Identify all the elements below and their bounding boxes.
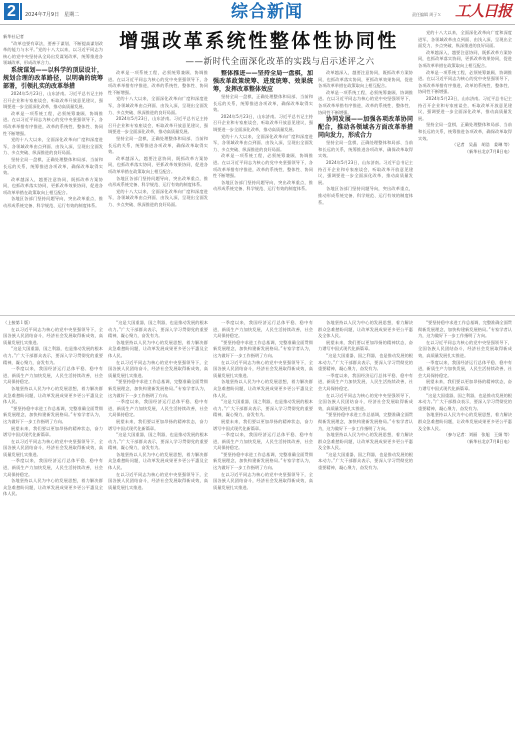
body-paragraph: 改革越深入，越要注意协同，既抓改革方案协同，也抓改革落实协同，更抓改革效果协同，… bbox=[108, 156, 208, 176]
body-paragraph: “这是大国重器，国之利器，也是推动发展的根本动力。”广大干部群众表示，要深入学习… bbox=[318, 353, 413, 373]
lower-column-2: “这是大国重器，国之利器，也是推动发展的根本动力。”广大干部群众表示，要深入学习… bbox=[108, 320, 208, 745]
body-paragraph: 展望未来，我们要以更加昂扬的精神状态，奋力谱写中国式现代化新篇章。 bbox=[318, 340, 413, 353]
body-paragraph: 改革是一项系统工程，必须统筹兼顾、协调推进。在以习近平同志为核心的党中央坚强领导… bbox=[3, 111, 103, 137]
article-column-3: 整体推进——坚持全局一盘棋，加强改革政策统筹、进度统筹、效果统筹，发挥改革整体效… bbox=[213, 70, 313, 312]
body-paragraph: “这是大国重器，国之利器，也是推动发展的根本动力。”广大干部群众表示，要深入学习… bbox=[3, 346, 103, 366]
body-paragraph: 党的十八大以来，全面深化改革向广度和深度进军，各领域改革由点到面、由浅入深，呈现… bbox=[108, 189, 208, 209]
body-paragraph: 各地坚持以人民为中心的发展思想，着力解决群众急难愁盼问题，让改革发展成果更多更公… bbox=[108, 340, 208, 360]
body-paragraph: 一季度以来，我国经济运行总体平稳、稳中有进，新质生产力加快发展，人民生活持续改善… bbox=[213, 320, 313, 340]
body-paragraph: 各地区各部门坚持问题导向，突出改革重点，推动形成系统完备、科学规范、运行有效的制… bbox=[3, 196, 103, 209]
continued-label: （上接第１版） bbox=[3, 320, 103, 327]
editor-credit: 责任编辑 周子Ｘ bbox=[412, 12, 441, 18]
subhead-1: 系统谋划——以科学的顶层设计，规划合理的改革路径，以明确的统筹部署，引领扎实的改… bbox=[3, 67, 103, 91]
article-lead: “改革也要有章法，要善于谋划、不断提高谋划改革的能力与水平。”党的十八大以来，以… bbox=[3, 41, 103, 67]
body-paragraph: 坚持全局一盘棋，正确处理整体和局部、当前和长远的关系，统筹推进各项改革，确保改革… bbox=[3, 157, 103, 177]
body-paragraph: “这是大国重器，国之利器，也是推动发展的根本动力。”广大干部群众表示，要深入学习… bbox=[418, 393, 512, 413]
subhead-3: 协同发展——加强各项改革协同配合，推动各领域各方面改革举措同向发力，形成合力 bbox=[318, 116, 413, 140]
body-paragraph: 各地坚持以人民为中心的发展思想，着力解决群众急难愁盼问题，让改革发展成果更多更公… bbox=[3, 478, 103, 498]
body-paragraph: 展望未来，我们要以更加昂扬的精神状态，奋力谱写中国式现代化新篇章。 bbox=[418, 379, 512, 392]
body-paragraph: “这是大国重器，国之利器，也是推动发展的根本动力。”广大干部群众表示，要深入学习… bbox=[108, 432, 208, 452]
article-title: 增强改革系统性整体性协同性 bbox=[104, 30, 414, 52]
body-paragraph: 各地坚持以人民为中心的发展思想，着力解决群众急难愁盼问题，让改革发展成果更多更公… bbox=[108, 452, 208, 472]
body-paragraph: “这是大国重器，国之利器，也是推动发展的根本动力。”广大干部群众表示，要深入学习… bbox=[213, 399, 313, 419]
body-paragraph: 坚持全局一盘棋，正确处理整体和局部、当前和长远的关系，统筹推进各项改革，确保改革… bbox=[318, 140, 413, 160]
article-column-2: 改革是一项系统工程，必须统筹兼顾、协调推进。在以习近平同志为核心的党中央坚强领导… bbox=[108, 70, 208, 312]
newspaper-logo: 工人日报 bbox=[455, 2, 511, 20]
body-paragraph: 党的十八大以来，全面深化改革向广度和深度进军，各领域改革由点到面、由浅入深，呈现… bbox=[3, 137, 103, 157]
body-paragraph: “这是大国重器，国之利器，也是推动发展的根本动力。”广大干部群众表示，要深入学习… bbox=[108, 320, 208, 340]
body-paragraph: 在以习近平同志为核心的党中央坚强领导下，全国各族人民团结奋斗，经济社会发展取得新… bbox=[213, 472, 313, 492]
lower-column-4: 各地坚持以人民为中心的发展思想，着力解决群众急难愁盼问题，让改革发展成果更多更公… bbox=[318, 320, 413, 745]
body-paragraph: 党的十八大以来，全面深化改革向广度和深度进军，各领域改革由点到面、由浅入深，呈现… bbox=[213, 134, 313, 154]
page-number-bar bbox=[20, 3, 22, 20]
body-paragraph: 坚持全局一盘棋，正确处理整体和局部、当前和长远的关系，统筹推进各项改革，确保改革… bbox=[213, 94, 313, 114]
body-paragraph: 展望未来，我们要以更加昂扬的精神状态，奋力谱写中国式现代化新篇章。 bbox=[3, 426, 103, 439]
body-paragraph: “要坚持稳中求进工作总基调，完整准确全面贯彻新发展理念，加快构建新发展格局。”专… bbox=[318, 412, 413, 432]
body-paragraph: 改革越深入，越要注意协同，既抓改革方案协同，也抓改革落实协同，更抓改革效果协同，… bbox=[3, 177, 103, 197]
body-paragraph: 改革是一项系统工程，必须统筹兼顾、协调推进。在以习近平同志为核心的党中央坚强领导… bbox=[418, 70, 512, 96]
body-paragraph: 一季度以来，我国经济运行总体平稳、稳中有进，新质生产力加快发展，人民生活持续改善… bbox=[213, 432, 313, 452]
body-paragraph: 一季度以来，我国经济运行总体平稳、稳中有进，新质生产力加快发展，人民生活持续改善… bbox=[3, 366, 103, 386]
body-paragraph: 各地坚持以人民为中心的发展思想，着力解决群众急难愁盼问题，让改革发展成果更多更公… bbox=[418, 412, 512, 432]
body-paragraph: “要坚持稳中求进工作总基调，完整准确全面贯彻新发展理念，加快构建新发展格局。”专… bbox=[213, 452, 313, 472]
body-paragraph: 改革是一项系统工程，必须统筹兼顾、协调推进。在以习近平同志为核心的党中央坚强领导… bbox=[213, 153, 313, 179]
issue-date: 2024年7月9日 星期二 bbox=[25, 11, 79, 18]
body-paragraph: 一季度以来，我国经济运行总体平稳、稳中有进，新质生产力加快发展，人民生活持续改善… bbox=[3, 458, 103, 478]
body-paragraph: 2024年5月23日，山东济南。习近平总书记主持召开企业和专家座谈会，听取改革开… bbox=[318, 160, 413, 186]
page-number: 2 bbox=[4, 3, 19, 20]
section-divider bbox=[0, 315, 515, 316]
article-column-5: 党的十八大以来，全面深化改革向广度和深度进军，各领域改革由点到面、由浅入深，呈现… bbox=[418, 30, 512, 312]
body-paragraph: 党的十八大以来，全面深化改革向广度和深度进军，各领域改革由点到面、由浅入深，呈现… bbox=[108, 96, 208, 116]
lower-column-5: “要坚持稳中求进工作总基调，完整准确全面贯彻新发展理念，加快构建新发展格局。”专… bbox=[418, 320, 512, 745]
body-paragraph: 在以习近平同志为核心的党中央坚强领导下，全国各族人民团结奋斗，经济社会发展取得新… bbox=[318, 393, 413, 413]
subhead-2: 整体推进——坚持全局一盘棋，加强改革政策统筹、进度统筹、效果统筹，发挥改革整体效… bbox=[213, 70, 313, 94]
body-paragraph: 在以习近平同志为核心的党中央坚强领导下，全国各族人民团结奋斗，经济社会发展取得新… bbox=[108, 360, 208, 380]
body-paragraph: 党的十八大以来，全面深化改革向广度和深度进军，各领域改革由点到面、由浅入深，呈现… bbox=[418, 30, 512, 50]
body-paragraph: 各地坚持以人民为中心的发展思想，着力解决群众急难愁盼问题，让改革发展成果更多更公… bbox=[318, 432, 413, 452]
body-paragraph: 2024年5月23日，山东济南。习近平总书记主持召开企业和专家座谈会，听取改革开… bbox=[213, 114, 313, 134]
body-paragraph: 改革越深入，越要注意协同，既抓改革方案协同，也抓改革落实协同，更抓改革效果协同，… bbox=[418, 50, 512, 70]
body-paragraph: 各地区各部门坚持问题导向，突出改革重点，推动形成系统完备、科学规范、运行有效的制… bbox=[318, 186, 413, 206]
body-paragraph: 一季度以来，我国经济运行总体平稳、稳中有进，新质生产力加快发展，人民生活持续改善… bbox=[418, 360, 512, 380]
body-paragraph: 在以习近平同志为核心的党中央坚强领导下，全国各族人民团结奋斗，经济社会发展取得新… bbox=[3, 327, 103, 347]
lower-signature: （参与记者：刘丽 张旭 王娟 等） bbox=[418, 432, 512, 439]
body-paragraph: “要坚持稳中求进工作总基调，完整准确全面贯彻新发展理念，加快构建新发展格局。”专… bbox=[418, 320, 512, 340]
body-paragraph: 改革是一项系统工程，必须统筹兼顾、协调推进。在以习近平同志为核心的党中央坚强领导… bbox=[108, 70, 208, 96]
body-paragraph: 各地坚持以人民为中心的发展思想，着力解决群众急难愁盼问题，让改革发展成果更多更公… bbox=[3, 386, 103, 406]
body-paragraph: “要坚持稳中求进工作总基调，完整准确全面贯彻新发展理念，加快构建新发展格局。”专… bbox=[108, 379, 208, 399]
body-paragraph: 在以习近平同志为核心的党中央坚强领导下，全国各族人民团结奋斗，经济社会发展取得新… bbox=[213, 360, 313, 380]
body-paragraph: 在以习近平同志为核心的党中央坚强领导下，全国各族人民团结奋斗，经济社会发展取得新… bbox=[418, 340, 512, 360]
body-paragraph: 2024年5月23日，山东济南。习近平总书记主持召开企业和专家座谈会，听取改革开… bbox=[3, 91, 103, 111]
body-paragraph: “要坚持稳中求进工作总基调，完整准确全面贯彻新发展理念，加快构建新发展格局。”专… bbox=[213, 340, 313, 360]
article-signature: （记者 吴晶 胡浩 姜琳 等） bbox=[418, 142, 512, 149]
article-dateline: （新华社北京7月8日电） bbox=[418, 149, 512, 156]
body-paragraph: 展望未来，我们要以更加昂扬的精神状态，奋力谱写中国式现代化新篇章。 bbox=[108, 419, 208, 432]
page-masthead: 2 2024年7月9日 星期二 综合新闻 责任编辑 周子Ｘ 工人日报 bbox=[0, 0, 515, 25]
body-paragraph: 坚持全局一盘棋，正确处理整体和局部、当前和长远的关系，统筹推进各项改革，确保改革… bbox=[108, 136, 208, 156]
body-paragraph: “要坚持稳中求进工作总基调，完整准确全面贯彻新发展理念，加快构建新发展格局。”专… bbox=[3, 406, 103, 426]
section-title: 综合新闻 bbox=[231, 3, 303, 22]
body-paragraph: “这是大国重器，国之利器，也是推动发展的根本动力。”广大干部群众表示，要深入学习… bbox=[318, 452, 413, 472]
article-column-4: 改革越深入，越要注意协同，既抓改革方案协同，也抓改革落实协同，更抓改革效果协同，… bbox=[318, 70, 413, 312]
body-paragraph: 在以习近平同志为核心的党中央坚强领导下，全国各族人民团结奋斗，经济社会发展取得新… bbox=[3, 439, 103, 459]
article-column-1: 新华社记者 “改革也要有章法，要善于谋划、不断提高谋划改革的能力与水平。”党的十… bbox=[3, 34, 103, 312]
body-paragraph: 改革越深入，越要注意协同，既抓改革方案协同，也抓改革落实协同，更抓改革效果协同，… bbox=[318, 70, 413, 90]
body-paragraph: 一季度以来，我国经济运行总体平稳、稳中有进，新质生产力加快发展，人民生活持续改善… bbox=[108, 399, 208, 419]
lower-column-3: 一季度以来，我国经济运行总体平稳、稳中有进，新质生产力加快发展，人民生活持续改善… bbox=[213, 320, 313, 745]
body-paragraph: 各地区各部门坚持问题导向，突出改革重点，推动形成系统完备、科学规范、运行有效的制… bbox=[108, 176, 208, 189]
body-paragraph: 坚持全局一盘棋，正确处理整体和局部、当前和长远的关系，统筹推进各项改革，确保改革… bbox=[418, 122, 512, 142]
article-byline: 新华社记者 bbox=[3, 34, 103, 41]
lower-dateline: （新华社北京7月8日电） bbox=[418, 439, 512, 446]
body-paragraph: 展望未来，我们要以更加昂扬的精神状态，奋力谱写中国式现代化新篇章。 bbox=[213, 419, 313, 432]
body-paragraph: 2024年5月23日，山东济南。习近平总书记主持召开企业和专家座谈会，听取改革开… bbox=[108, 116, 208, 136]
body-paragraph: 2024年5月23日，山东济南。习近平总书记主持召开企业和专家座谈会，听取改革开… bbox=[418, 96, 512, 122]
article-subtitle: ——新时代全面深化改革的实践与启示述评之六 bbox=[150, 55, 410, 67]
body-paragraph: 各地区各部门坚持问题导向，突出改革重点，推动形成系统完备、科学规范、运行有效的制… bbox=[213, 180, 313, 193]
body-paragraph: 在以习近平同志为核心的党中央坚强领导下，全国各族人民团结奋斗，经济社会发展取得新… bbox=[108, 472, 208, 492]
body-paragraph: 一季度以来，我国经济运行总体平稳、稳中有进，新质生产力加快发展，人民生活持续改善… bbox=[318, 373, 413, 393]
body-paragraph: 改革是一项系统工程，必须统筹兼顾、协调推进。在以习近平同志为核心的党中央坚强领导… bbox=[318, 90, 413, 116]
body-paragraph: 各地坚持以人民为中心的发展思想，着力解决群众急难愁盼问题，让改革发展成果更多更公… bbox=[318, 320, 413, 340]
body-paragraph: 各地坚持以人民为中心的发展思想，着力解决群众急难愁盼问题，让改革发展成果更多更公… bbox=[213, 379, 313, 399]
lower-column-1: （上接第１版） 在以习近平同志为核心的党中央坚强领导下，全国各族人民团结奋斗，经… bbox=[3, 320, 103, 745]
